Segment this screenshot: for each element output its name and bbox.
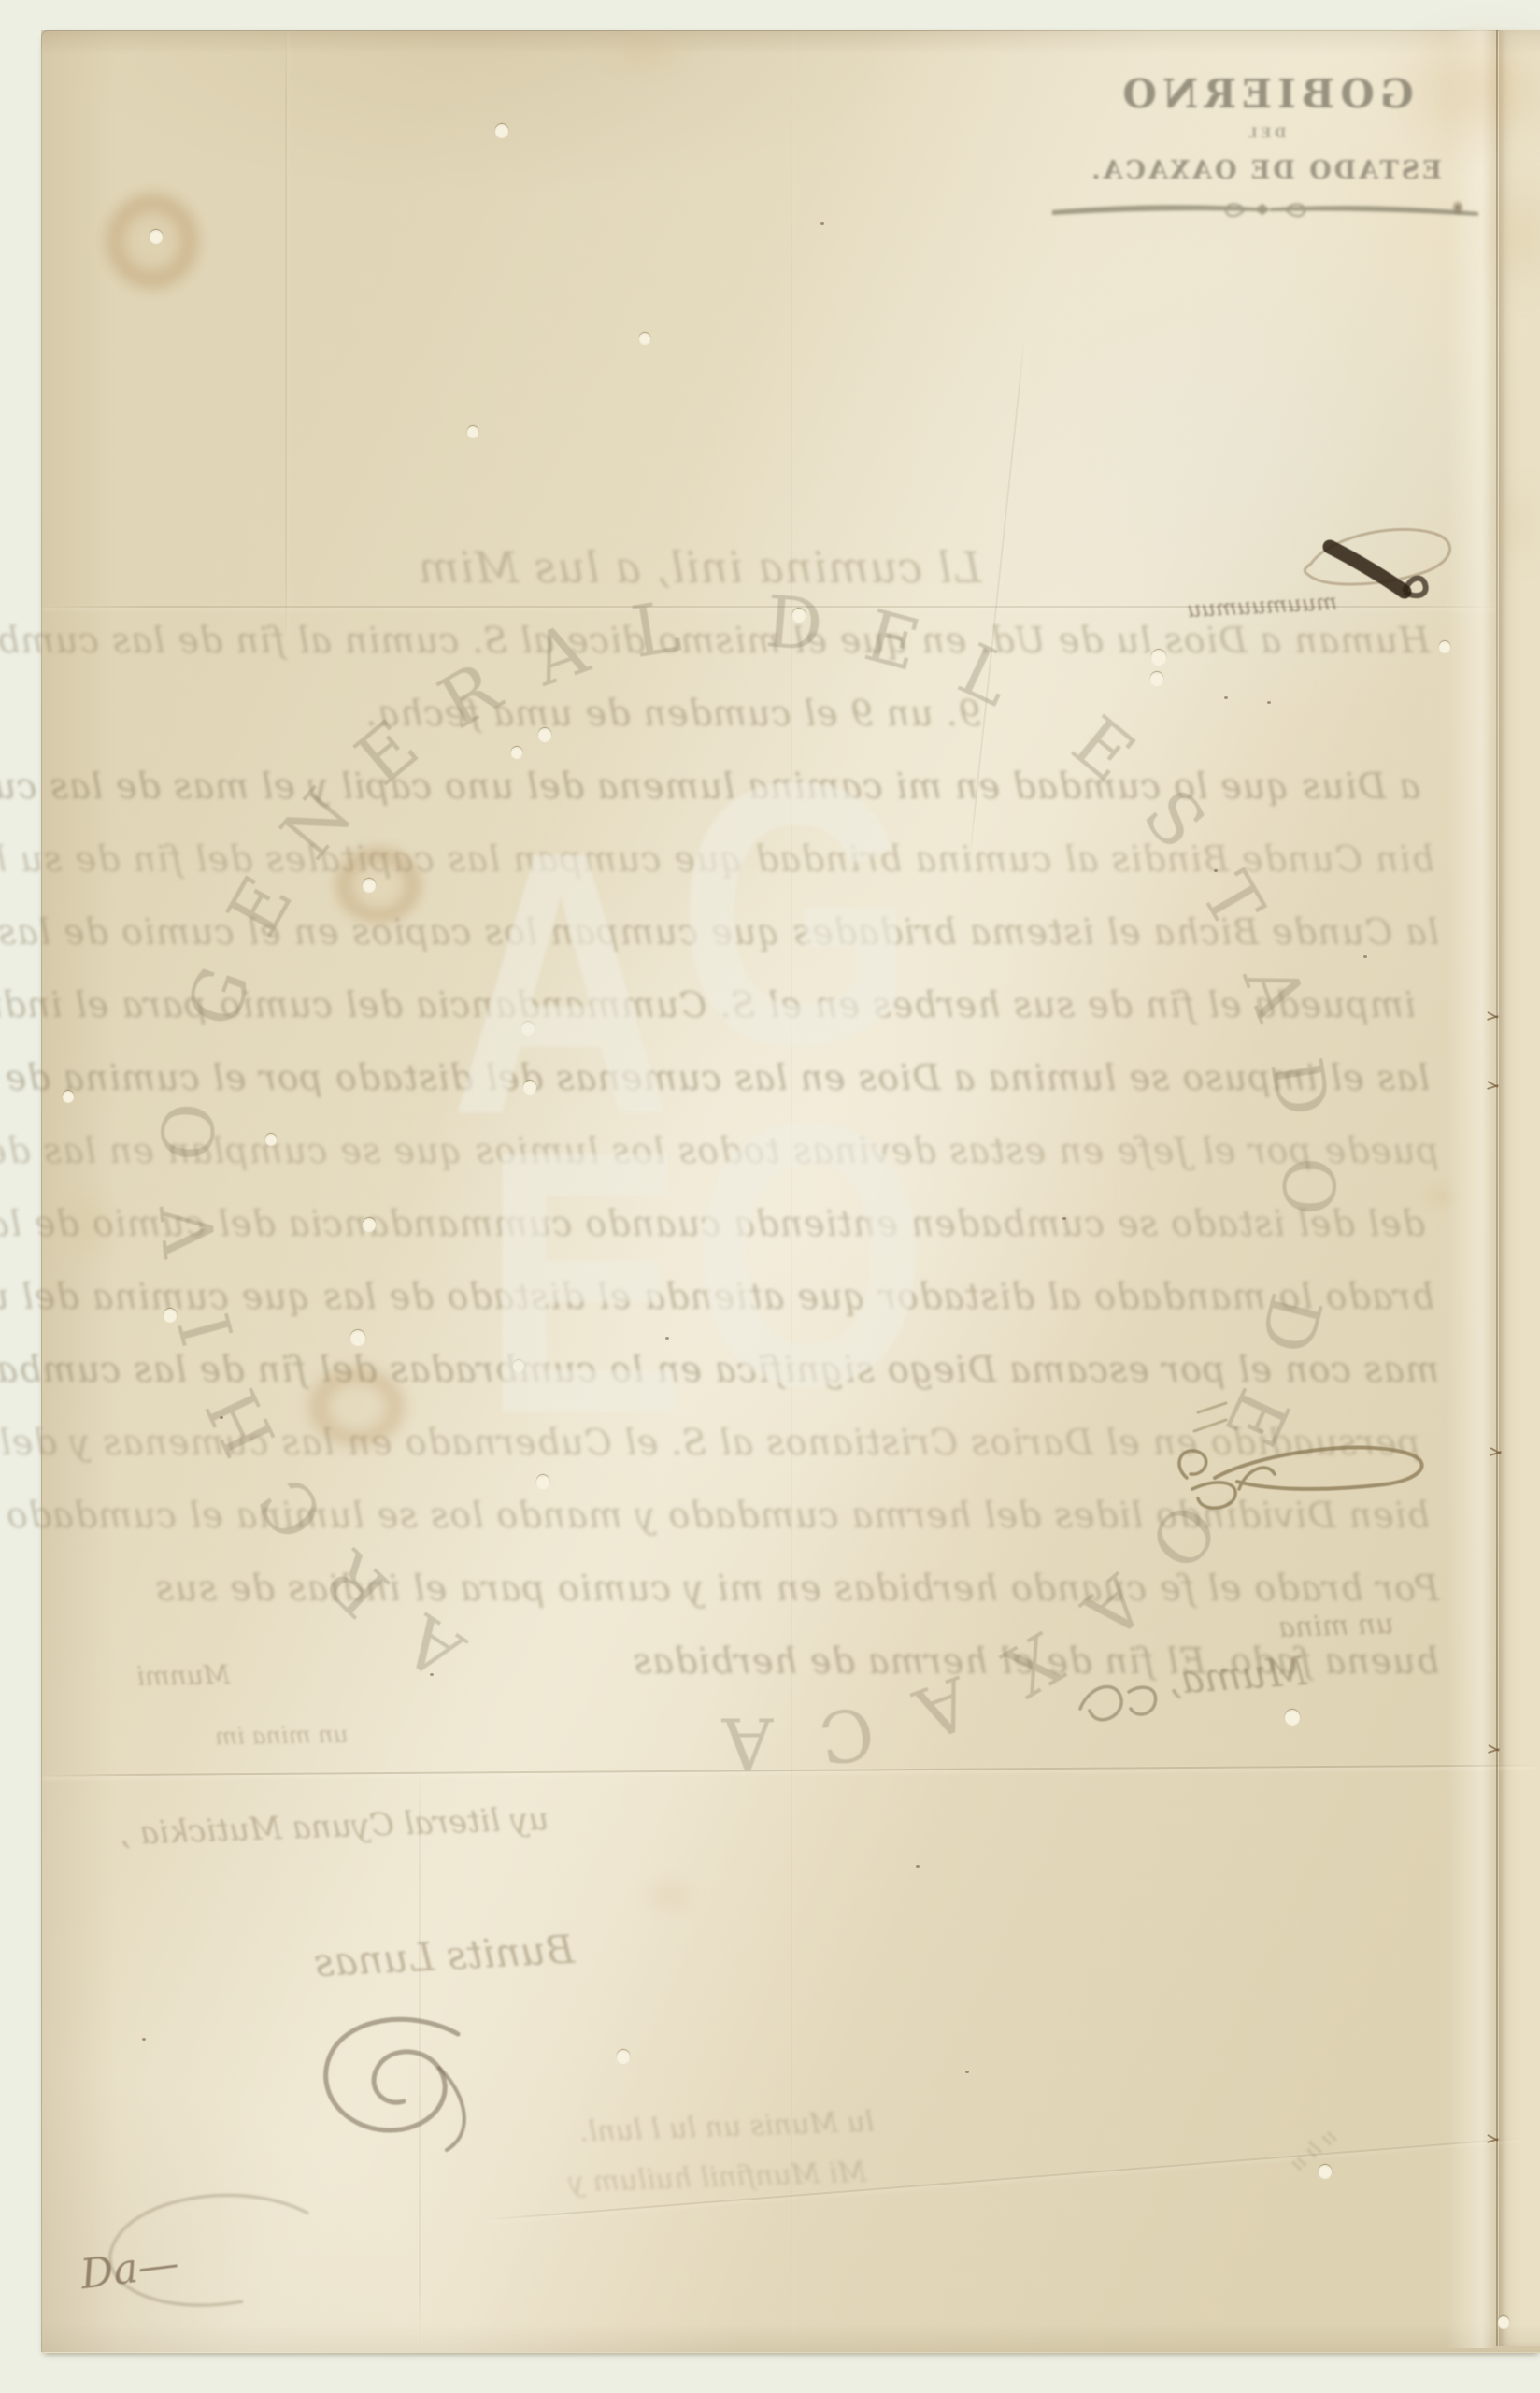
paper-speck bbox=[1214, 869, 1218, 872]
paper-speck bbox=[916, 1865, 920, 1868]
paper-speck bbox=[1363, 955, 1367, 958]
punch-hole bbox=[538, 728, 551, 741]
watermark-ring-letter: A bbox=[722, 1702, 774, 1785]
bleedthrough-fragment: un mina im bbox=[215, 1721, 349, 1750]
binding-stitch bbox=[1487, 1011, 1500, 1021]
adjacent-leaf-strip bbox=[1499, 30, 1540, 2346]
watermark-ring-letter: D bbox=[763, 580, 826, 667]
punch-hole bbox=[363, 1218, 376, 1231]
punch-hole bbox=[1151, 650, 1166, 665]
watermark-letter-E: E bbox=[482, 1068, 687, 1497]
punch-hole bbox=[363, 879, 376, 892]
punch-hole bbox=[467, 426, 478, 437]
watermark-ring-letter: V bbox=[146, 1202, 233, 1260]
letterhead-subtitle: ESTADO DE OAXACA. bbox=[1045, 156, 1486, 185]
stain-wash bbox=[631, 1868, 709, 1924]
watermark-ring-letter: O bbox=[145, 1099, 233, 1165]
punch-hole bbox=[1498, 2316, 1509, 2328]
bleedthrough-fragment: Muma, bbox=[1166, 1648, 1307, 1703]
bleedthrough-fragment: un mina bbox=[1277, 1608, 1394, 1644]
punch-hole bbox=[265, 1134, 277, 1145]
binding-stitch bbox=[1488, 1744, 1501, 1754]
letterhead-ornament bbox=[1050, 196, 1480, 224]
paper-speck bbox=[1267, 701, 1271, 704]
punch-hole bbox=[150, 230, 163, 243]
punch-hole bbox=[495, 124, 508, 137]
signature-rubric-spiral bbox=[308, 2010, 505, 2169]
paper-speck bbox=[1062, 1217, 1066, 1220]
punch-hole bbox=[63, 1091, 74, 1102]
binding-stitch bbox=[1487, 2134, 1500, 2143]
stain-wash bbox=[579, 30, 710, 79]
punch-hole bbox=[617, 2050, 630, 2063]
paper-speck bbox=[1224, 696, 1228, 699]
bleedthrough-line: Por brado el fe cuando herbidas en mi y … bbox=[84, 1552, 1439, 1625]
punch-hole bbox=[164, 1309, 177, 1322]
watermark-ring-letter: O bbox=[1266, 1157, 1349, 1216]
paper-speck bbox=[820, 222, 824, 225]
scan-image: GOBIERNO DEL ESTADO DE OAXACA. Ll cumina… bbox=[0, 0, 1540, 2393]
paper-speck bbox=[965, 2071, 969, 2073]
letterhead-middle: DEL bbox=[1045, 126, 1486, 141]
punch-hole bbox=[1150, 672, 1163, 685]
binding-fold-line bbox=[1496, 30, 1498, 2346]
binding-stitch bbox=[1490, 1447, 1503, 1456]
paper-speck bbox=[142, 2038, 146, 2041]
binding-stitch bbox=[1487, 1081, 1500, 1090]
punch-hole bbox=[511, 747, 522, 758]
punch-hole bbox=[1285, 1710, 1300, 1725]
bleedthrough-line: Ll cumina inil, a lus Mim bbox=[84, 531, 981, 604]
bleedthrough-fragment: Munmi bbox=[136, 1659, 231, 1692]
punch-hole bbox=[1439, 641, 1450, 652]
ink-scribble bbox=[1073, 1669, 1176, 1735]
watermark-letter-O: O bbox=[690, 1039, 928, 1469]
ink-blot bbox=[1294, 519, 1462, 622]
punch-hole bbox=[1319, 2165, 1332, 2178]
stain-wash bbox=[1492, 458, 1540, 589]
letterhead-title: GOBIERNO bbox=[1045, 71, 1486, 117]
punch-hole bbox=[639, 333, 650, 344]
letterhead-bleedthrough: GOBIERNO DEL ESTADO DE OAXACA. bbox=[1045, 71, 1486, 228]
faint-flourish-arc bbox=[47, 2187, 327, 2328]
punch-hole bbox=[350, 1330, 365, 1345]
